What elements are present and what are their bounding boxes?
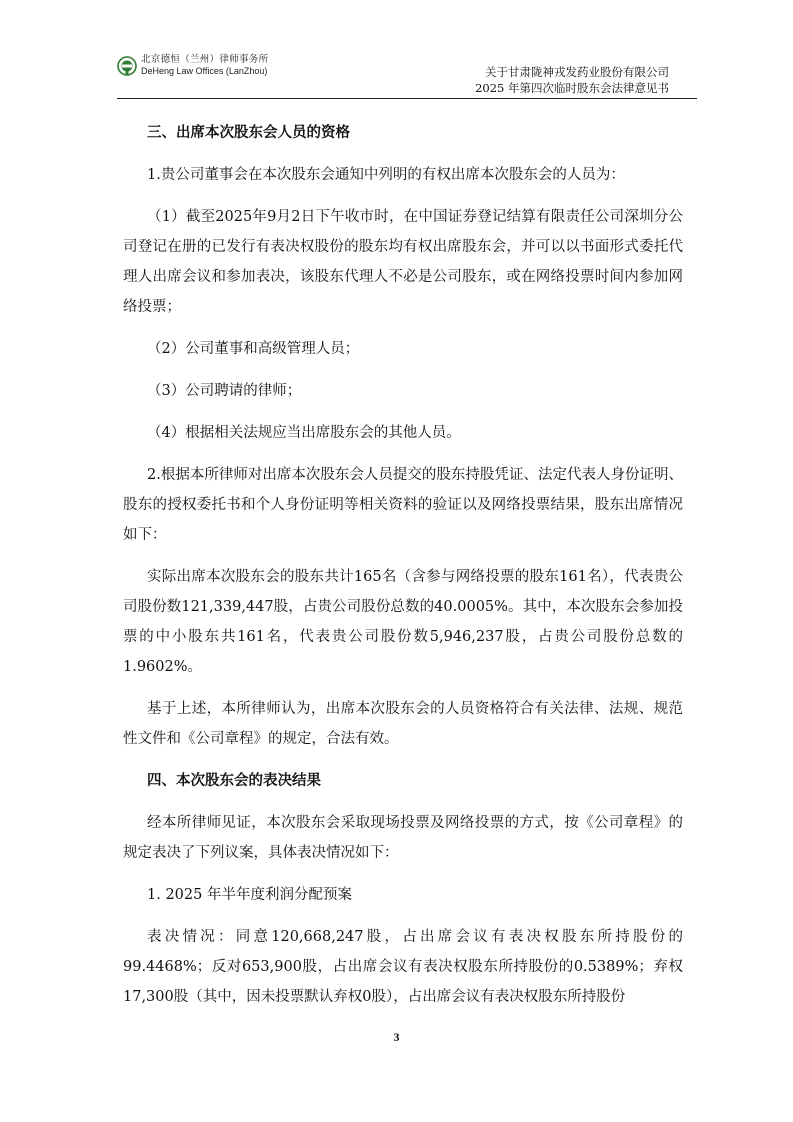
firm-name-cn: 北京德恒（兰州）律师事务所: [141, 54, 268, 66]
section-heading-3: 三、出席本次股东会人员的资格: [147, 118, 683, 148]
list-item: （1）截至2025年9月2日下午收市时，在中国证券登记结算有限责任公司深圳分公司…: [123, 202, 683, 322]
page-number: 3: [0, 1030, 793, 1045]
paragraph: 实际出席本次股东会的股东共计165名（含参与网络投票的股东161名），代表贵公司…: [123, 562, 683, 682]
document-title: 关于甘肃陇神戎发药业股份有限公司 2025 年第四次临时股东会法律意见书: [475, 64, 669, 96]
paragraph: 基于上述，本所律师认为，出席本次股东会的人员资格符合有关法律、法规、规范性文件和…: [123, 694, 683, 754]
document-title-line2: 2025 年第四次临时股东会法律意见书: [475, 80, 669, 96]
document-body: 三、出席本次股东会人员的资格 1.贵公司董事会在本次股东会通知中列明的有权出席本…: [123, 118, 683, 1012]
proposal-title: 1. 2025 年半年度利润分配预案: [123, 880, 683, 910]
header-divider: [117, 98, 697, 99]
list-item: （3）公司聘请的律师；: [123, 376, 683, 406]
section-heading-4: 四、本次股东会的表决结果: [147, 766, 683, 796]
paragraph: 经本所律师见证，本次股东会采取现场投票及网络投票的方式，按《公司章程》的规定表决…: [123, 808, 683, 868]
deheng-logo-icon: [117, 56, 137, 76]
firm-name-en: DeHeng Law Offices (LanZhou): [141, 66, 268, 77]
firm-name: 北京德恒（兰州）律师事务所 DeHeng Law Offices (LanZho…: [141, 54, 268, 77]
paragraph: 1.贵公司董事会在本次股东会通知中列明的有权出席本次股东会的人员为：: [123, 160, 683, 190]
document-title-line1: 关于甘肃陇神戎发药业股份有限公司: [475, 64, 669, 80]
list-item: （4）根据相关法规应当出席股东会的其他人员。: [123, 418, 683, 448]
vote-result: 表决情况：同意120,668,247股，占出席会议有表决权股东所持股份的99.4…: [123, 922, 683, 1012]
page-header: 北京德恒（兰州）律师事务所 DeHeng Law Offices (LanZho…: [117, 50, 697, 98]
list-item: （2）公司董事和高级管理人员；: [123, 334, 683, 364]
paragraph: 2.根据本所律师对出席本次股东会人员提交的股东持股凭证、法定代表人身份证明、股东…: [123, 460, 683, 550]
